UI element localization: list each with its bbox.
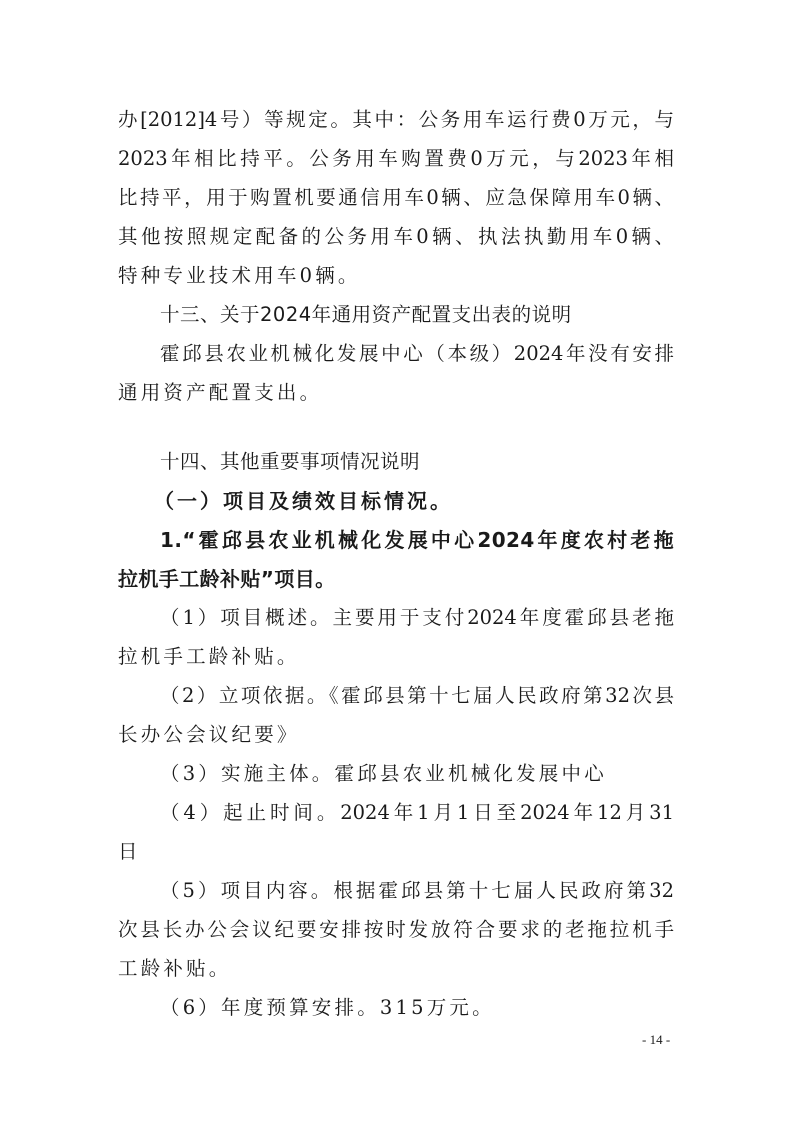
project-title: 1.“霍邱县农业机械化发展中心2024年度农村老拖: [160, 528, 674, 552]
project-content: （5）项目内容。根据霍邱县第十七届人民政府第32: [160, 879, 674, 903]
project-title: 拉机手工龄补贴”项目。: [118, 567, 674, 591]
paragraph-line: 办[2012]4号）等规定。其中：公务用车运行费0万元，与: [118, 108, 674, 132]
page-number: - 14 -: [642, 1032, 670, 1048]
paragraph-line: 特种专业技术用车0辆。: [118, 264, 674, 288]
project-basis: 长办公会议纪要》: [118, 723, 674, 747]
section-13-paragraph: 通用资产配置支出。: [118, 381, 674, 405]
paragraph-line: 其他按照规定配备的公务用车0辆、执法执勤用车0辆、: [118, 225, 674, 249]
project-overview: （1）项目概述。主要用于支付2024年度霍邱县老拖: [160, 606, 674, 630]
project-content: 工龄补贴。: [118, 957, 674, 981]
project-content: 次县长办公会议纪要安排按时发放符合要求的老拖拉机手: [118, 918, 674, 942]
project-budget: （6）年度预算安排。315万元。: [160, 996, 674, 1020]
project-subject: （3）实施主体。霍邱县农业机械化发展中心: [160, 762, 674, 786]
project-period: 日: [118, 840, 674, 864]
section-14-heading: 十四、其他重要事项情况说明: [160, 450, 674, 474]
section-13-paragraph: 霍邱县农业机械化发展中心（本级）2024年没有安排: [160, 342, 674, 366]
project-basis: （2）立项依据。《霍邱县第十七届人民政府第32次县: [160, 684, 674, 708]
project-period: （4）起止时间。2024年1月1日至2024年12月31: [160, 801, 674, 825]
project-overview: 拉机手工龄补贴。: [118, 645, 674, 669]
paragraph-line: 2023年相比持平。公务用车购置费0万元，与2023年相: [118, 147, 674, 171]
section-13-heading: 十三、关于2024年通用资产配置支出表的说明: [160, 303, 674, 327]
paragraph-line: 比持平，用于购置机要通信用车0辆、应急保障用车0辆、: [118, 186, 674, 210]
section-14-subheading: （一）项目及绩效目标情况。: [154, 489, 668, 513]
